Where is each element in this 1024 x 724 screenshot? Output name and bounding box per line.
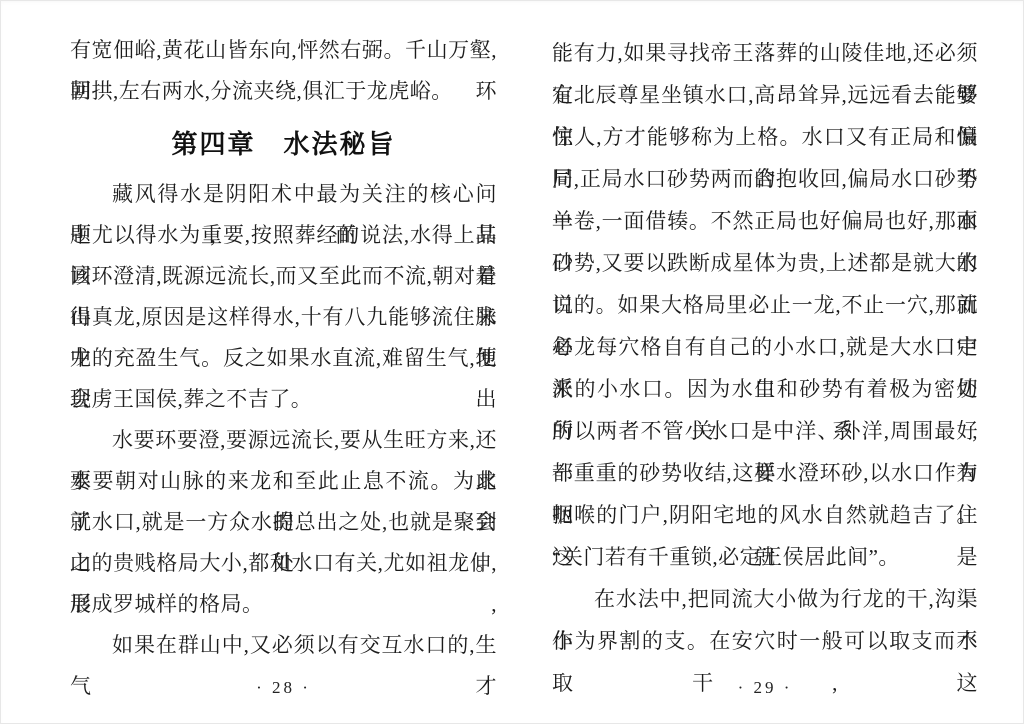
text-line: 藏风得水是阴阳术中最为关注的核心问题,而其 <box>70 174 497 215</box>
text-line: 回环澄清,既源远流长,而又至此而不流,朝对着山脉 <box>70 256 497 297</box>
text-line: 单卷,一面借辏。不然正局也好偏局也好,那水口的 <box>552 200 978 242</box>
book-spread: 有宽佃峪,黄花山皆东向,怦然右弼。千山万壑,回环 朝拱,左右两水,分流夹绕,俱汇… <box>0 0 1024 724</box>
text-line: 咽喉的门户,阴阳宅地的风水自然就趋吉了。这就是 <box>552 494 978 536</box>
chapter-title: 第四章 水法秘旨 <box>70 122 497 168</box>
text-line: 同,正局水口砂势两而合抱收回,偏局水口砂势一面 <box>552 158 978 200</box>
text-line: 一重重的砂势收结,这样水澄环砂,以水口作为扼住 <box>552 452 978 494</box>
text-line: 住人,方才能够称为上格。水口又有正局和偏局的不 <box>552 116 978 158</box>
right-text-block: 能有力,如果寻找帝王落葬的山陵佳地,还必须定要 有北辰尊星坐镇水口,高昂耸异,远… <box>552 32 978 662</box>
text-line: 山的贵贱格局大小,都和水口有关,尤如祖龙伸,展, <box>70 543 497 584</box>
left-text-block: 有宽佃峪,黄花山皆东向,怦然右弼。千山万壑,回环 朝拱,左右两水,分流夹绕,俱汇… <box>70 30 497 666</box>
text-line: 水要环要澄,要源远流长,要从生旺方来,还要求 <box>70 420 497 461</box>
text-line: 有北辰尊星坐镇水口,高昂耸异,远远看去能够惊慑 <box>552 74 978 116</box>
text-line: 来的小水口。因为水口和砂势有着极为密切的关系, <box>552 368 978 410</box>
text-line: 在水法中,把同流大小做为行龙的干,沟渠小水 <box>552 578 978 620</box>
text-line: 所以两者不管小水口是中洋、外洋,周围最好都要有 <box>552 410 978 452</box>
text-line: 砂势,又要以跌断成星体为贵,上述都是就大水口而 <box>552 242 978 284</box>
text-line: 朝拱,左右两水,分流夹绕,俱汇于龙虎峪。 <box>70 71 497 112</box>
page-right: 能有力,如果寻找帝王落葬的山陵佳地,还必须定要 有北辰尊星坐镇水口,高昂耸异,远… <box>512 0 1024 724</box>
text-line: 中尤以得水为重要,按照葬经的说法,水得上品该是 <box>70 215 497 256</box>
text-line: 如果在群山中,又必须以有交互水口的,生气才 <box>70 625 497 666</box>
text-line: 说的。如果大格局里必止一龙,不止一穴,那就必定 <box>552 284 978 326</box>
page-number-right: · 29 · <box>552 678 978 698</box>
text-line: 得真龙,原因是这样得水,十有八九能够流住来龙地 <box>70 297 497 338</box>
text-line: 每龙每穴格自有自己的小水口,就是大水口中派生处 <box>552 326 978 368</box>
page-number-left: · 28 · <box>70 678 497 698</box>
text-line: 作为界割的支。在安穴时一般可以取支而不取干,这 <box>552 620 978 662</box>
text-line: 水要朝对山脉的来龙和至此止息不流。为此就提到 <box>70 461 497 502</box>
text-line: 能有力,如果寻找帝王落葬的山陵佳地,还必须定要 <box>552 32 978 74</box>
text-line: 了水口,就是一方众水的总出之处,也就是聚会之处。 <box>70 502 497 543</box>
page-left: 有宽佃峪,黄花山皆东向,怦然右弼。千山万壑,回环 朝拱,左右两水,分流夹绕,俱汇… <box>0 0 512 724</box>
text-line: 中的充盈生气。反之如果水直流,难留生气,便会出 <box>70 338 497 379</box>
text-line: 有宽佃峪,黄花山皆东向,怦然右弼。千山万壑,回环 <box>70 30 497 71</box>
